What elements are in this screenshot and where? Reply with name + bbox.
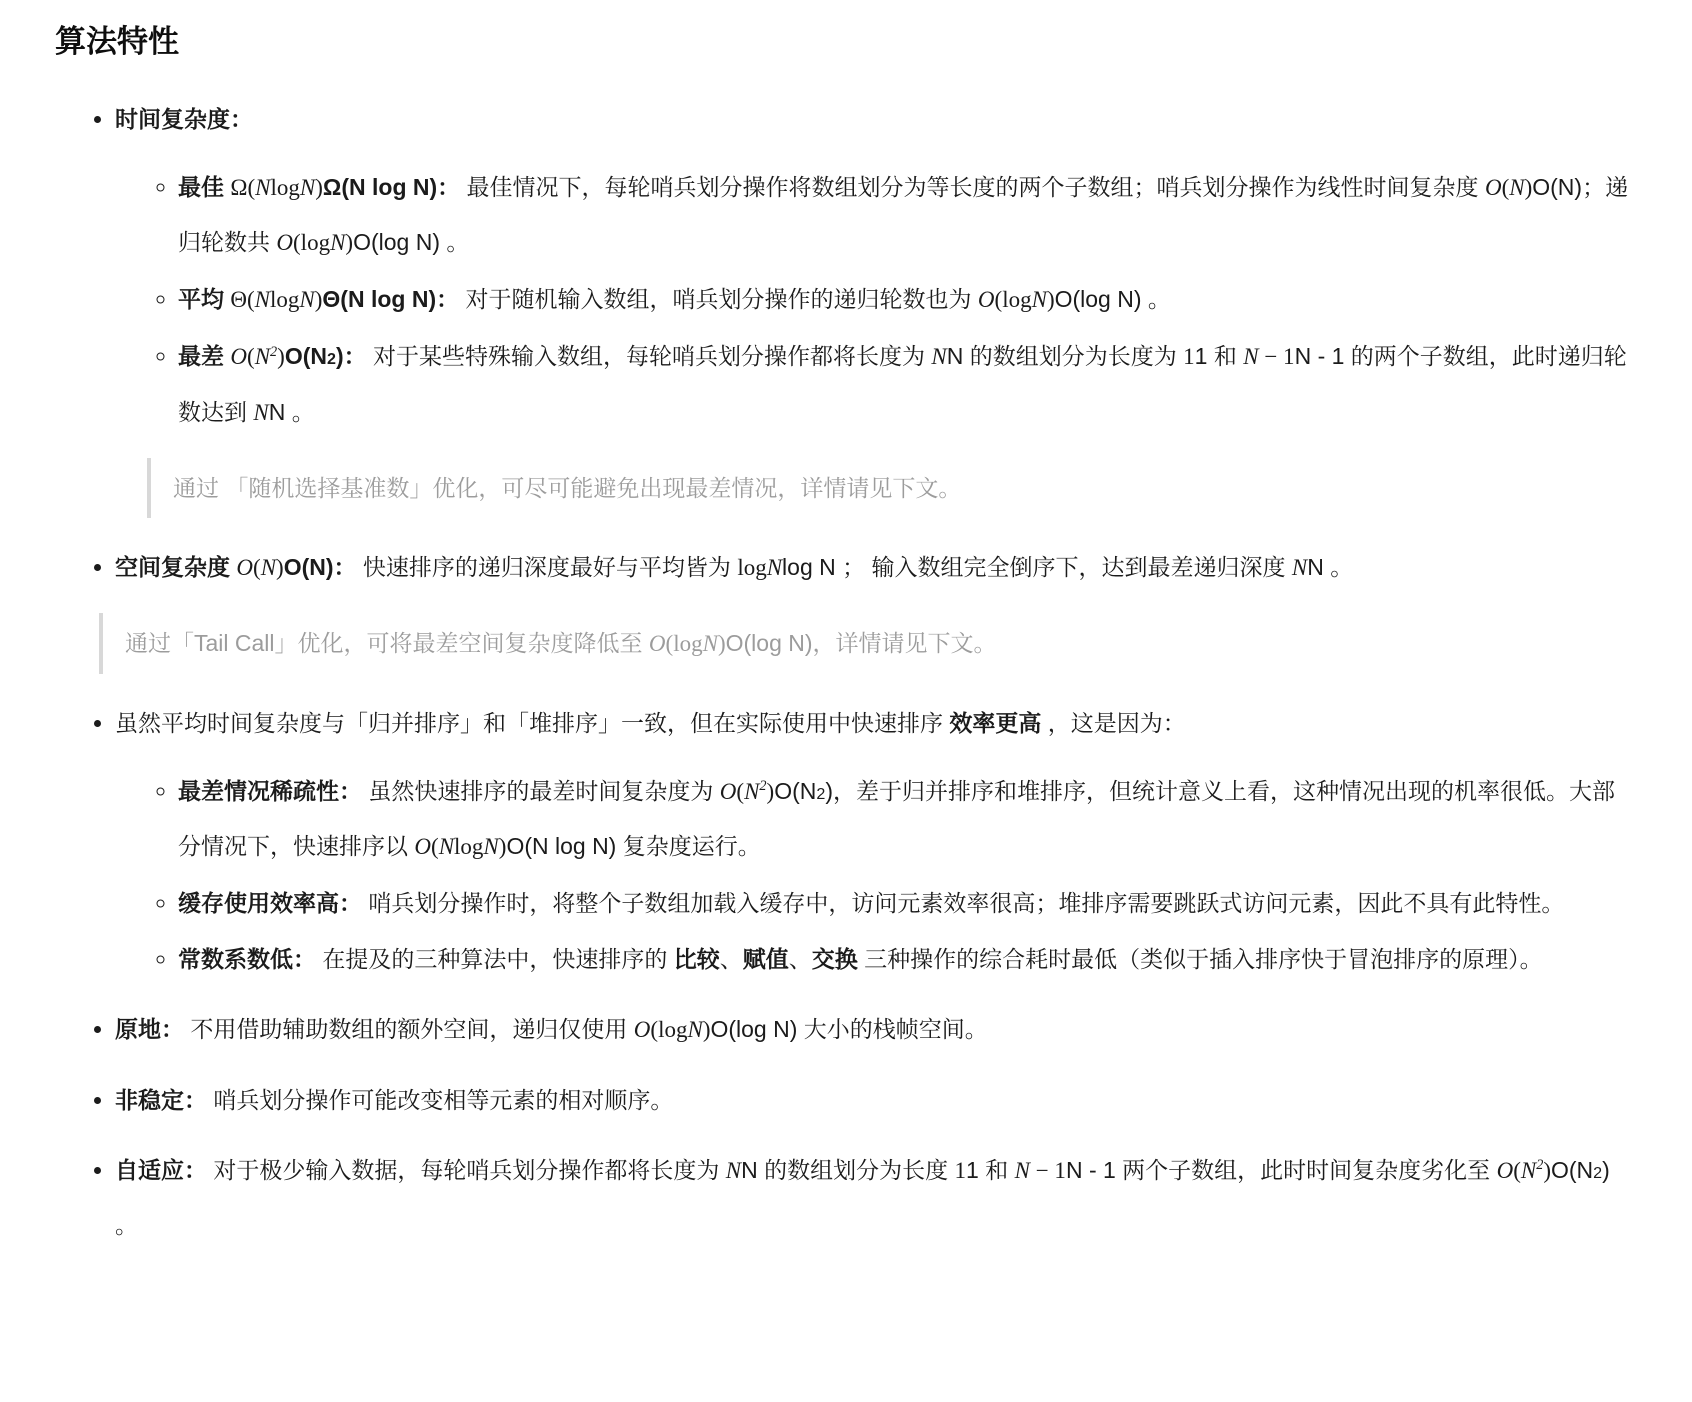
item-text: 最差情况稀疏性： 虽然快速排序的最差时间复杂度为 O(N2)O(N2)，差于归并… xyxy=(178,778,1615,859)
list-item-worst-case: 最差 O(N2)O(N2)： 对于某些特殊输入数组，每轮哨兵划分操作都将长度为 … xyxy=(178,329,1634,439)
page-title: 算法特性 xyxy=(55,22,1634,62)
list-item-adaptive: 自适应： 对于极少输入数据，每轮哨兵划分操作都将长度为 NN 的数组划分为长度 … xyxy=(115,1143,1634,1252)
note-quote-random-pivot: 通过 「随机选择基准数」优化，可尽可能避免出现最差情况，详情请见下文。 xyxy=(147,458,1634,518)
item-text: 自适应： 对于极少输入数据，每轮哨兵划分操作都将长度为 NN 的数组划分为长度 … xyxy=(115,1157,1610,1238)
list-item-non-stable: 非稳定： 哨兵划分操作可能改变相等元素的相对顺序。 xyxy=(115,1073,1634,1127)
item-text: 空间复杂度 O(N)O(N)： 快速排序的递归深度最好与平均皆为 logNlog… xyxy=(115,554,1353,580)
item-text: 非稳定： 哨兵划分操作可能改变相等元素的相对顺序。 xyxy=(115,1087,673,1113)
item-text: 最佳 Ω(NlogN)Ω(N log N)： 最佳情况下，每轮哨兵划分操作将数组… xyxy=(178,174,1628,255)
list-item-low-constant-factor: 常数系数低： 在提及的三种算法中，快速排序的 比较、赋值、交换 三种操作的综合耗… xyxy=(178,932,1634,986)
quote-text: 通过 「随机选择基准数」优化，可尽可能避免出现最差情况，详情请见下文。 xyxy=(173,475,961,501)
item-text: 虽然平均时间复杂度与「归并排序」和「堆排序」一致，但在实际使用中快速排序 效率更… xyxy=(115,710,1186,736)
feature-list: 时间复杂度： 最佳 Ω(NlogN)Ω(N log N)： 最佳情况下，每轮哨兵… xyxy=(55,92,1634,1252)
item-text: 原地： 不用借助辅助数组的额外空间，递归仅使用 O(logN)O(log N) … xyxy=(115,1016,988,1042)
list-item-worst-case-sparsity: 最差情况稀疏性： 虽然快速排序的最差时间复杂度为 O(N2)O(N2)，差于归并… xyxy=(178,764,1634,874)
quote-text: 通过「Tail Call」优化，可将最差空间复杂度降低至 O(logN)O(lo… xyxy=(125,630,997,656)
item-text: 最差 O(N2)O(N2)： 对于某些特殊输入数组，每轮哨兵划分操作都将长度为 … xyxy=(178,343,1627,424)
list-item-time-complexity: 时间复杂度： 最佳 Ω(NlogN)Ω(N log N)： 最佳情况下，每轮哨兵… xyxy=(115,92,1634,517)
time-complexity-sublist: 最佳 Ω(NlogN)Ω(N log N)： 最佳情况下，每轮哨兵划分操作将数组… xyxy=(115,160,1634,439)
note-quote-tail-call: 通过「Tail Call」优化，可将最差空间复杂度降低至 O(logN)O(lo… xyxy=(99,613,1634,674)
item-text: 平均 Θ(NlogN)Θ(N log N)： 对于随机输入数组，哨兵划分操作的递… xyxy=(178,286,1171,312)
list-item-efficiency: 虽然平均时间复杂度与「归并排序」和「堆排序」一致，但在实际使用中快速排序 效率更… xyxy=(115,696,1634,986)
article: 算法特性 时间复杂度： 最佳 Ω(NlogN)Ω(N log N)： 最佳情况下… xyxy=(0,0,1692,1252)
item-text: 时间复杂度： xyxy=(115,106,253,132)
list-item-best-case: 最佳 Ω(NlogN)Ω(N log N)： 最佳情况下，每轮哨兵划分操作将数组… xyxy=(178,160,1634,270)
efficiency-sublist: 最差情况稀疏性： 虽然快速排序的最差时间复杂度为 O(N2)O(N2)，差于归并… xyxy=(115,764,1634,986)
list-item-in-place: 原地： 不用借助辅助数组的额外空间，递归仅使用 O(logN)O(log N) … xyxy=(115,1002,1634,1057)
item-text: 缓存使用效率高： 哨兵划分操作时，将整个子数组加载入缓存中，访问元素效率很高；堆… xyxy=(178,890,1564,916)
item-text: 常数系数低： 在提及的三种算法中，快速排序的 比较、赋值、交换 三种操作的综合耗… xyxy=(178,946,1543,972)
list-item-space-complexity: 空间复杂度 O(N)O(N)： 快速排序的递归深度最好与平均皆为 logNlog… xyxy=(115,540,1634,674)
list-item-average-case: 平均 Θ(NlogN)Θ(N log N)： 对于随机输入数组，哨兵划分操作的递… xyxy=(178,272,1634,327)
list-item-cache-efficiency: 缓存使用效率高： 哨兵划分操作时，将整个子数组加载入缓存中，访问元素效率很高；堆… xyxy=(178,876,1634,930)
